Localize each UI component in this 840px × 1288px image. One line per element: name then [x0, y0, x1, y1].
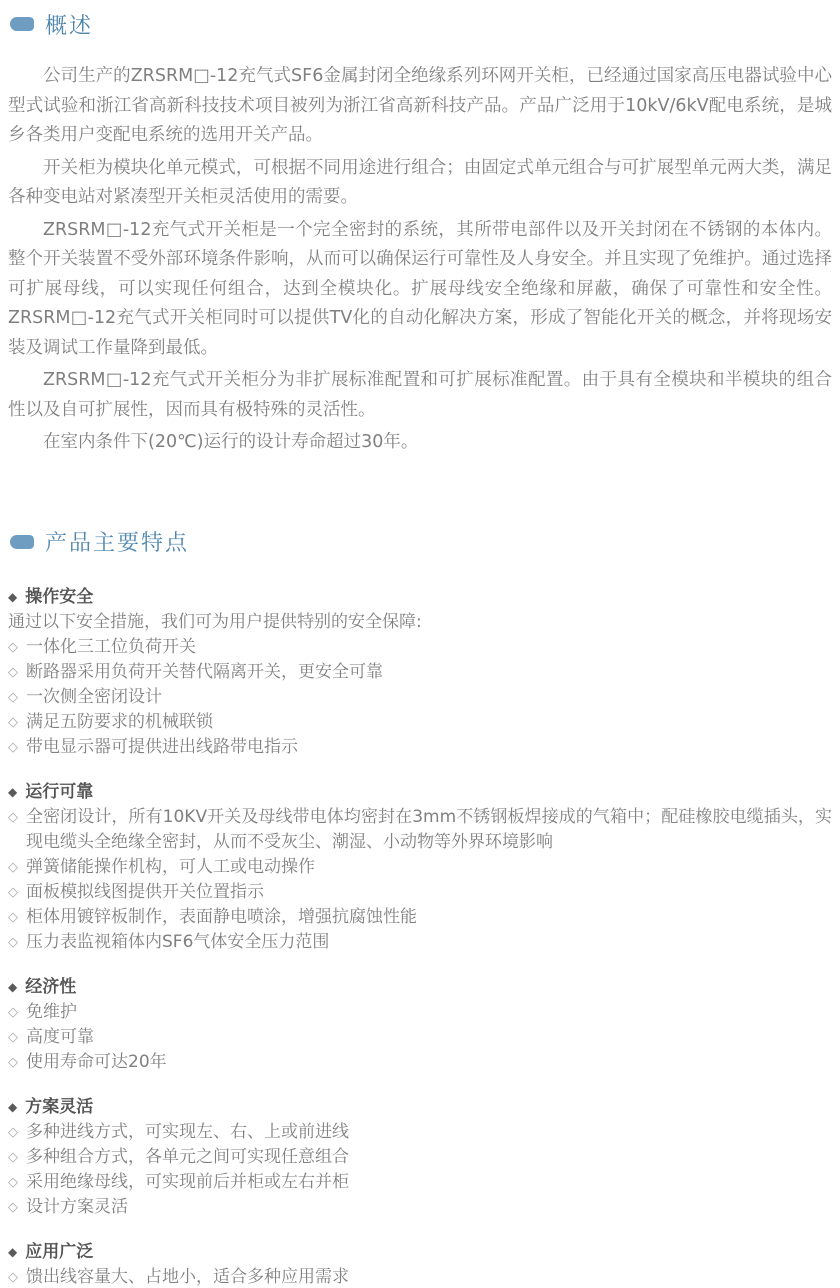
- overview-title: 概述: [45, 9, 93, 40]
- hollow-diamond-icon: ◇: [8, 660, 18, 685]
- feature-item-text: 全密闭设计，所有10KV开关及母线带电体均密封在3mm不锈钢板焊接成的气箱中；配…: [26, 805, 832, 855]
- overview-paragraph: 在室内条件下(20℃)运行的设计寿命超过30年。: [8, 428, 832, 458]
- feature-item-text: 馈出线容量大、占地小，适合多种应用需求: [26, 1265, 349, 1288]
- feature-group-applications: ◆ 应用广泛 ◇ 馈出线容量大、占地小，适合多种应用需求: [8, 1240, 832, 1288]
- hollow-diamond-icon: ◇: [8, 1145, 18, 1170]
- feature-item: ◇ 多种进线方式，可实现左、右、上或前进线: [8, 1120, 832, 1145]
- feature-item-text: 满足五防要求的机械联锁: [26, 710, 213, 735]
- overview-paragraph: ZRSRM□-12充气式开关柜是一个完全密封的系统，其所带电部件以及开关封闭在不…: [8, 216, 832, 364]
- feature-group-title: 操作安全: [25, 585, 93, 610]
- feature-group-title: 运行可靠: [25, 780, 93, 805]
- diamond-bullet-icon: ◆: [8, 585, 17, 610]
- hollow-diamond-icon: ◇: [8, 735, 18, 760]
- feature-item: ◇ 免维护: [8, 1000, 832, 1025]
- feature-item-text: 弹簧储能操作机构，可人工或电动操作: [26, 855, 315, 880]
- feature-group-intro: 通过以下安全措施，我们可为用户提供特别的安全保障:: [8, 610, 832, 635]
- hollow-diamond-icon: ◇: [8, 1025, 18, 1050]
- feature-group-safety: ◆ 操作安全 通过以下安全措施，我们可为用户提供特别的安全保障: ◇ 一体化三工…: [8, 585, 832, 760]
- feature-item: ◇ 一次侧全密闭设计: [8, 685, 832, 710]
- hollow-diamond-icon: ◇: [8, 905, 18, 930]
- feature-group-reliability: ◆ 运行可靠 ◇ 全密闭设计，所有10KV开关及母线带电体均密封在3mm不锈钢板…: [8, 780, 832, 955]
- feature-group-title-row: ◆ 运行可靠: [8, 780, 832, 805]
- feature-item: ◇ 弹簧储能操作机构，可人工或电动操作: [8, 855, 832, 880]
- feature-item: ◇ 全密闭设计，所有10KV开关及母线带电体均密封在3mm不锈钢板焊接成的气箱中…: [8, 805, 832, 855]
- hollow-diamond-icon: ◇: [8, 1195, 18, 1220]
- feature-item: ◇ 高度可靠: [8, 1025, 832, 1050]
- feature-item: ◇ 面板模拟线图提供开关位置指示: [8, 880, 832, 905]
- feature-item-text: 断路器采用负荷开关替代隔离开关，更安全可靠: [26, 660, 383, 685]
- feature-item: ◇ 满足五防要求的机械联锁: [8, 710, 832, 735]
- feature-item: ◇ 断路器采用负荷开关替代隔离开关，更安全可靠: [8, 660, 832, 685]
- feature-item: ◇ 使用寿命可达20年: [8, 1050, 832, 1075]
- hollow-diamond-icon: ◇: [8, 635, 18, 660]
- hollow-diamond-icon: ◇: [8, 710, 18, 735]
- feature-item-text: 一体化三工位负荷开关: [26, 635, 196, 660]
- overview-paragraph: ZRSRM□-12充气式开关柜分为非扩展标准配置和可扩展标准配置。由于具有全模块…: [8, 366, 832, 425]
- feature-item-text: 采用绝缘母线，可实现前后并柜或左右并柜: [26, 1170, 349, 1195]
- document-page: 概述 公司生产的ZRSRM□-12充气式SF6金属封闭全绝缘系列环网开关柜，已经…: [0, 0, 840, 1288]
- diamond-bullet-icon: ◆: [8, 1095, 17, 1120]
- diamond-bullet-icon: ◆: [8, 975, 17, 1000]
- hollow-diamond-icon: ◇: [8, 1050, 18, 1075]
- hollow-diamond-icon: ◇: [8, 880, 18, 905]
- feature-group-title-row: ◆ 方案灵活: [8, 1095, 832, 1120]
- feature-item: ◇ 采用绝缘母线，可实现前后并柜或左右并柜: [8, 1170, 832, 1195]
- hollow-diamond-icon: ◇: [8, 1120, 18, 1145]
- feature-group-title: 方案灵活: [25, 1095, 93, 1120]
- feature-group-title-row: ◆ 应用广泛: [8, 1240, 832, 1265]
- feature-item-text: 使用寿命可达20年: [26, 1050, 167, 1075]
- section-header-overview: 概述: [10, 8, 832, 40]
- feature-item-text: 带电显示器可提供进出线路带电指示: [26, 735, 298, 760]
- section-header-features: 产品主要特点: [10, 526, 832, 558]
- feature-item-text: 多种组合方式，各单元之间可实现任意组合: [26, 1145, 349, 1170]
- feature-group-title: 应用广泛: [25, 1240, 93, 1265]
- hollow-diamond-icon: ◇: [8, 855, 18, 880]
- hollow-diamond-icon: ◇: [8, 685, 18, 710]
- feature-group-title-row: ◆ 操作安全: [8, 585, 832, 610]
- feature-item: ◇ 带电显示器可提供进出线路带电指示: [8, 735, 832, 760]
- feature-item: ◇ 多种组合方式，各单元之间可实现任意组合: [8, 1145, 832, 1170]
- feature-item-text: 一次侧全密闭设计: [26, 685, 162, 710]
- feature-item: ◇ 压力表监视箱体内SF6气体安全压力范围: [8, 930, 832, 955]
- overview-paragraph: 公司生产的ZRSRM□-12充气式SF6金属封闭全绝缘系列环网开关柜，已经通过国…: [8, 62, 832, 151]
- hollow-diamond-icon: ◇: [8, 1265, 18, 1288]
- overview-paragraph: 开关柜为模块化单元模式，可根据不同用途进行组合；由固定式单元组合与可扩展型单元两…: [8, 154, 832, 213]
- feature-group-title-row: ◆ 经济性: [8, 975, 832, 1000]
- overview-body: 公司生产的ZRSRM□-12充气式SF6金属封闭全绝缘系列环网开关柜，已经通过国…: [8, 62, 832, 458]
- feature-group-flexibility: ◆ 方案灵活 ◇ 多种进线方式，可实现左、右、上或前进线 ◇ 多种组合方式，各单…: [8, 1095, 832, 1220]
- features-title: 产品主要特点: [45, 526, 189, 557]
- hollow-diamond-icon: ◇: [8, 930, 18, 955]
- section-marker-icon: [10, 535, 34, 549]
- section-marker-icon: [10, 17, 34, 31]
- feature-group-title: 经济性: [25, 975, 76, 1000]
- feature-item-text: 压力表监视箱体内SF6气体安全压力范围: [26, 930, 329, 955]
- feature-item: ◇ 设计方案灵活: [8, 1195, 832, 1220]
- feature-item-text: 多种进线方式，可实现左、右、上或前进线: [26, 1120, 349, 1145]
- feature-item: ◇ 柜体用镀锌板制作，表面静电喷涂，增强抗腐蚀性能: [8, 905, 832, 930]
- diamond-bullet-icon: ◆: [8, 1240, 17, 1265]
- hollow-diamond-icon: ◇: [8, 805, 18, 830]
- diamond-bullet-icon: ◆: [8, 780, 17, 805]
- feature-item-text: 高度可靠: [26, 1025, 94, 1050]
- feature-item-text: 设计方案灵活: [26, 1195, 128, 1220]
- features-body: ◆ 操作安全 通过以下安全措施，我们可为用户提供特别的安全保障: ◇ 一体化三工…: [8, 585, 832, 1288]
- feature-group-economy: ◆ 经济性 ◇ 免维护 ◇ 高度可靠 ◇ 使用寿命可达20年: [8, 975, 832, 1075]
- feature-item-text: 免维护: [26, 1000, 77, 1025]
- feature-item: ◇ 一体化三工位负荷开关: [8, 635, 832, 660]
- feature-item: ◇ 馈出线容量大、占地小，适合多种应用需求: [8, 1265, 832, 1288]
- hollow-diamond-icon: ◇: [8, 1170, 18, 1195]
- hollow-diamond-icon: ◇: [8, 1000, 18, 1025]
- feature-item-text: 柜体用镀锌板制作，表面静电喷涂，增强抗腐蚀性能: [26, 905, 417, 930]
- feature-item-text: 面板模拟线图提供开关位置指示: [26, 880, 264, 905]
